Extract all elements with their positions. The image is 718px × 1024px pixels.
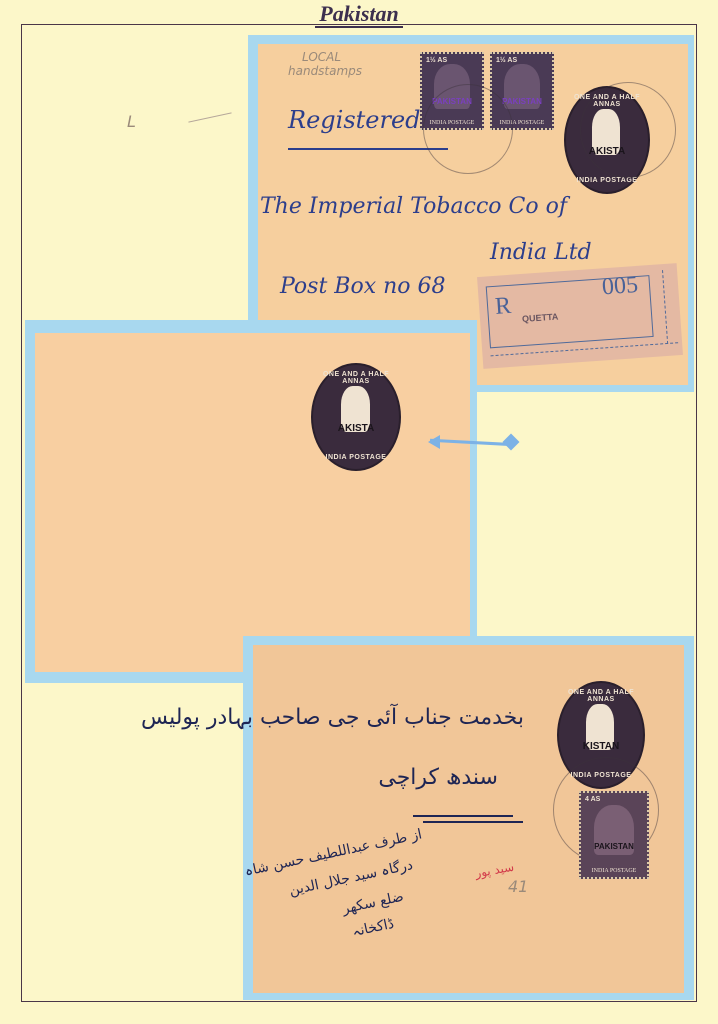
indicia-top-text: ONE AND A HALF ANNAS (313, 371, 399, 385)
registration-letter: R (494, 293, 512, 321)
cover-urdu: ONE AND A HALF ANNAS KISTAN INDIA POSTAG… (253, 645, 684, 993)
address-urdu-line-2: سندھ کراچی (378, 765, 498, 790)
indicia-bottom-text: INDIA POSTAGE (313, 454, 399, 461)
stamp-value: 4 AS (585, 796, 600, 803)
address-urdu-line-1: بخدمت جناب آئی جی صاحب بہادر پولیس (141, 705, 524, 730)
cover-unused: ONE AND A HALF ANNAS AKISTA INDIA POSTAG… (35, 333, 470, 672)
address-line-2: India Ltd (490, 240, 592, 265)
pencil-note: handstamps (288, 64, 362, 78)
registration-label: R 005 QUETTA (477, 263, 683, 369)
indicia-overprint: KISTAN (559, 741, 643, 752)
address-underline (423, 821, 523, 823)
registered-endorsement: Registered (288, 106, 421, 134)
sender-urdu-line-3: ضلع سکھر (341, 889, 405, 918)
stamp-label: INDIA POSTAGE (581, 868, 647, 874)
margin-pencil-mark: L (127, 112, 136, 131)
embossed-indicia: ONE AND A HALF ANNAS AKISTA INDIA POSTAG… (311, 363, 401, 471)
pencil-note: 41 (508, 877, 528, 896)
address-underline (413, 815, 513, 817)
endorsement-underline (288, 148, 448, 150)
stamp-value: 1½ AS (496, 57, 517, 64)
postmark (423, 84, 513, 174)
indicia-overprint: AKISTA (313, 423, 399, 434)
indicia-top-text: ONE AND A HALF ANNAS (559, 689, 643, 703)
stamp-overprint: PAKISTAN (581, 842, 647, 851)
pencil-note: LOCAL (302, 50, 341, 64)
indicia-bottom-text: INDIA POSTAGE (566, 177, 648, 184)
stamp-value: 1½ AS (426, 57, 447, 64)
sender-urdu-line-4: ڈاکخانہ (351, 916, 396, 940)
postmark (580, 82, 676, 178)
stamp-4as: 4 AS PAKISTAN INDIA POSTAGE (579, 791, 649, 879)
arrow-head-icon (428, 435, 440, 449)
registration-number: 005 (601, 272, 639, 301)
address-line-1: The Imperial Tobacco Co of (260, 194, 567, 219)
address-line-3: Post Box no 68 (280, 274, 446, 299)
